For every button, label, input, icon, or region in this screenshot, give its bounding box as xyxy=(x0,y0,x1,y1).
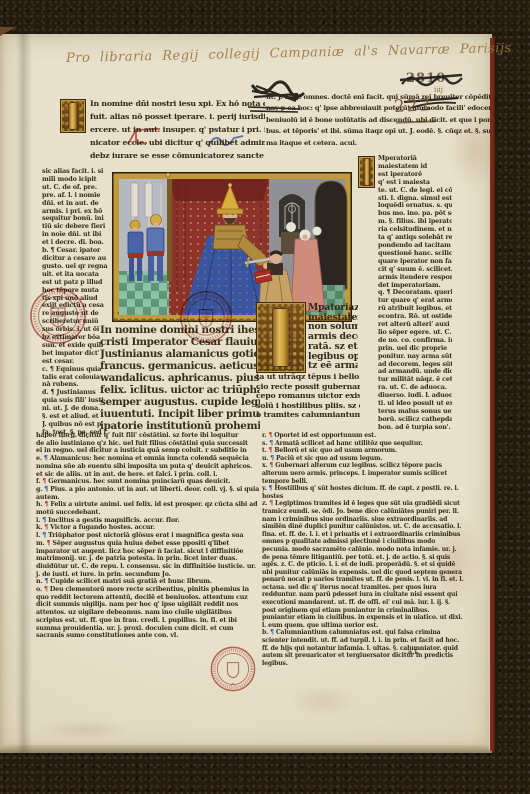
commentary-top-right: ut. J. eodē omnes. doctē enī facit. qui … xyxy=(266,92,490,152)
gloss-entry: b.¶Calumniantium calumniatus est. qui fa… xyxy=(262,629,464,667)
quire-signature: a.i. xyxy=(408,649,419,656)
gloss-entry: h.¶Felix a uirtute animi. uel felix. id … xyxy=(36,501,260,516)
gloss-entry: t.¶Bellorū et sic quo ad usum armorum. xyxy=(262,447,464,455)
gloss-entry: r.¶Oportet id est opportunum est. xyxy=(262,432,464,440)
right-commentary-block: r.¶Oportet id est opportunum est.s.¶Arma… xyxy=(262,432,464,650)
gloss-entry: l.¶Triūphator post uictoriā glōsus erat … xyxy=(36,532,260,540)
gloss-entry: z.¶Legiptimos tramites id ē leges que sū… xyxy=(262,500,464,629)
gilt-initial-small xyxy=(358,156,375,188)
gloss-entry-list: e.¶Alamanicus: hec nomina et omnia iunct… xyxy=(36,455,260,640)
library-stamp xyxy=(28,286,88,346)
proem-text-beside-initial: Mpatoriaz maiestatez non solum armis dec… xyxy=(308,303,358,372)
gloss-entry: i.¶Inclitus a gestis magnificis. accur. … xyxy=(36,517,260,525)
binding-corner xyxy=(0,27,16,36)
proem-text-below-initial: ta ut utrāqz tēpus i bello: z pa cio rec… xyxy=(256,372,360,422)
gloss-entry: x.¶Gubernari alterum cuz legibus. scilic… xyxy=(262,462,464,485)
page-bottom-edge xyxy=(0,745,492,753)
gloss-entry: m.¶Sēper augustus quia huius debet esse … xyxy=(36,540,260,579)
gloss-entry: e.¶Alamanicus: hec nomina et omnia iunct… xyxy=(36,455,260,478)
right-narrow-gloss: Mperatoriā maiestatem id est iperatorē q… xyxy=(358,155,452,435)
gloss-entry: n.¶Cupide scilicet matri suā gratiā et h… xyxy=(36,578,260,586)
gilt-initial-large xyxy=(256,302,306,373)
gilt-initial-small xyxy=(60,99,86,133)
foxing-stain xyxy=(40,720,130,738)
commentary-top-left: In nomine dñi nostri iesu xpi. Ex hō not… xyxy=(60,97,265,164)
gutter-crease xyxy=(16,34,32,753)
manuscript-photograph: Pro libraria Regij collegij Campaniæ al'… xyxy=(0,0,530,794)
gloss-intro: habeo librū. dicitur q' fuit fili' cōstā… xyxy=(36,432,260,455)
gloss-entry: u.¶Paciū et sic quo ad usum legum. xyxy=(262,455,464,463)
gloss-entry: y.¶Hostilibus q' sūt hostes dicium. ff. … xyxy=(262,485,464,500)
foxing-stain xyxy=(290,686,356,716)
library-stamp xyxy=(209,645,257,693)
gloss-entry: o.¶Deu clementorū more recte scribentius… xyxy=(36,586,260,640)
gloss-entry: k.¶Victor a fugando hostes. accur. xyxy=(36,524,260,532)
library-stamp xyxy=(177,289,235,345)
gloss-entry: f.¶Germanicus. hec sunt nomina puinciarū… xyxy=(36,478,260,486)
gloss-text: Mperatoriā maiestatem id est iperatorē q… xyxy=(378,155,452,432)
gloss-entry: g.¶Pius. a pio antonio. ut in aut. ut li… xyxy=(36,486,260,501)
gloss-entry-list: r.¶Oportet id est opportunum est.s.¶Arma… xyxy=(262,432,464,667)
gloss-entry: s.¶Armatā scilicet ad hanc utilitōz que … xyxy=(262,440,464,448)
left-commentary-block: habeo librū. dicitur q' fuit fili' cōstā… xyxy=(36,432,260,658)
commentary-text: In nomine dñi nostri iesu xpi. Ex hō not… xyxy=(90,97,265,162)
